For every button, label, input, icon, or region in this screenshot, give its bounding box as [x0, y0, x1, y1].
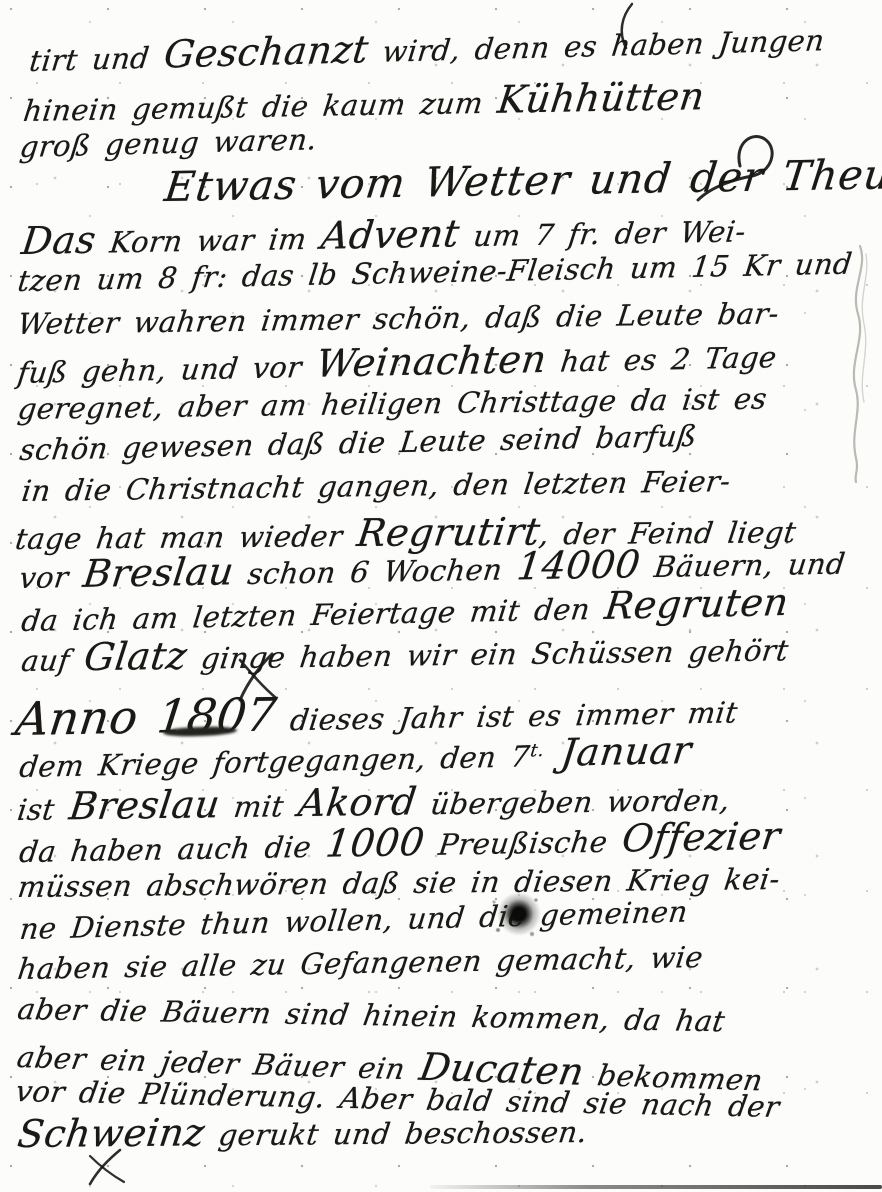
text-segment: um 7 fr. der Wei- — [457, 214, 748, 253]
text-segment: hinein gemußt die kaum zum — [22, 86, 500, 128]
manuscript-line: aber die Bäuern sind hinein kommen, da h… — [15, 992, 727, 1038]
text-segment: mit — [217, 789, 300, 824]
text-segment: Regruten — [602, 580, 791, 628]
text-segment: Advent — [319, 211, 462, 258]
text-segment: gerukt und beschossen. — [202, 1115, 590, 1152]
text-segment: schön gewesen daß die Leute seind barfuß — [18, 419, 699, 467]
manuscript-line: tirt und Geschanzt wird, denn es haben J… — [27, 15, 827, 80]
scan-edge-line-bottom — [430, 1185, 882, 1189]
text-segment: Das — [19, 218, 98, 263]
text-segment: fuß gehn, und vor — [16, 350, 319, 390]
text-segment: Akord — [296, 779, 419, 825]
text-segment: Weinachten — [314, 337, 549, 386]
text-segment: 1000 — [323, 820, 427, 866]
text-segment: ginge haben wir ein Schüssen gehört — [184, 633, 790, 675]
text-segment: hat es 2 Tage — [544, 340, 779, 379]
text-segment: ist — [15, 792, 71, 827]
section-heading: Etwas vom Wetter und der Theurung — [162, 148, 882, 211]
text-segment: Schweinz — [15, 1110, 207, 1156]
text-segment: haben sie alle zu Gefangenen gemacht, wi… — [16, 940, 705, 986]
text-segment: da haben auch die — [18, 830, 328, 869]
manuscript-line: groß genug waren. — [18, 122, 319, 164]
text-segment: aber die Bäuern sind hinein kommen, da h… — [15, 992, 727, 1038]
text-segment: Geschanzt — [162, 27, 371, 76]
text-segment: auf — [19, 643, 86, 678]
text-segment: 14000 — [515, 542, 643, 588]
text-segment: Breslau — [81, 549, 237, 596]
text-segment: schon 6 Wochen — [231, 552, 519, 591]
text-segment: tirt und — [28, 40, 166, 78]
manuscript-line: auf Glatz ginge haben wir ein Schüssen g… — [19, 625, 791, 680]
text-segment: Glatz — [82, 634, 190, 680]
text-segment: groß genug waren. — [18, 122, 319, 164]
text-segment: Kühhütten — [495, 74, 707, 122]
text-segment: Etwas vom Wetter und der Theurung — [162, 148, 882, 211]
manuscript-line: schön gewesen daß die Leute seind barfuß — [18, 419, 699, 467]
text-segment: in die Christnacht gangen, den letzten F… — [20, 464, 733, 508]
text-segment: wird, denn es haben Jungen — [366, 23, 826, 69]
text-segment: Preußische — [422, 824, 624, 862]
manuscript-line: in die Christnacht gangen, den letzten F… — [20, 464, 733, 508]
text-segment: Offezier — [620, 814, 783, 861]
text-segment: vor — [18, 560, 86, 595]
manuscript-page: tirt und Geschanzt wird, denn es haben J… — [0, 0, 882, 1192]
text-segment: Bäuern, und — [638, 547, 848, 585]
text-segment: Breslau — [67, 782, 223, 828]
manuscript-line: haben sie alle zu Gefangenen gemacht, wi… — [16, 940, 705, 986]
manuscript-line: hinein gemußt die kaum zum Kühhütten — [21, 74, 707, 130]
text-segment: Korn war im — [93, 222, 323, 260]
text-segment: dem Kriege fortgegangen, den 7 — [18, 739, 532, 784]
text-segment: Januar — [541, 728, 694, 775]
manuscript-line: Schweinz gerukt und beschossen. — [15, 1107, 591, 1156]
